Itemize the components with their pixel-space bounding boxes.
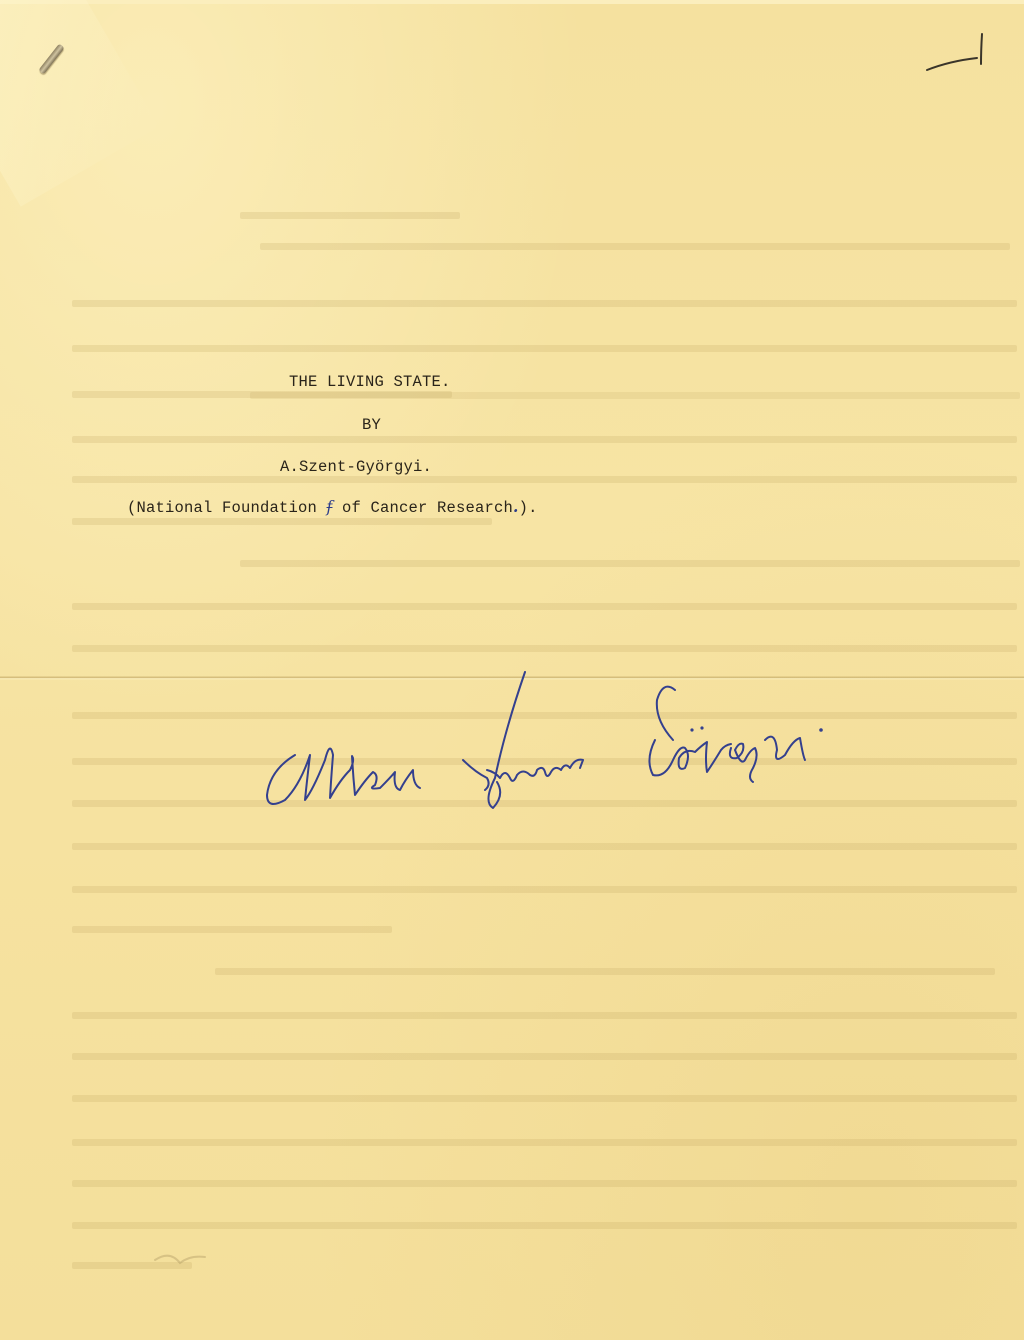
byline: BY [362, 416, 381, 434]
affiliation-text-close: ). [519, 499, 538, 517]
document-title: THE LIVING STATE. [289, 373, 451, 391]
affiliation-text-middle: of [332, 499, 370, 517]
affiliation-c-letter: C [371, 499, 381, 517]
affiliation-text-start: (National Foundation [127, 499, 327, 517]
author-name: A.Szent-Györgyi. [280, 458, 432, 476]
affiliation-text-rest: ancer Research [380, 499, 513, 517]
faint-pencil-mark [150, 1235, 230, 1275]
paper-top-edge [0, 0, 1024, 4]
author-affiliation: (National Foundation f of Cancer Researc… [127, 497, 538, 517]
signature: Albert Szent Györgyi [255, 660, 975, 840]
page-number-mark: 1 [925, 28, 995, 78]
